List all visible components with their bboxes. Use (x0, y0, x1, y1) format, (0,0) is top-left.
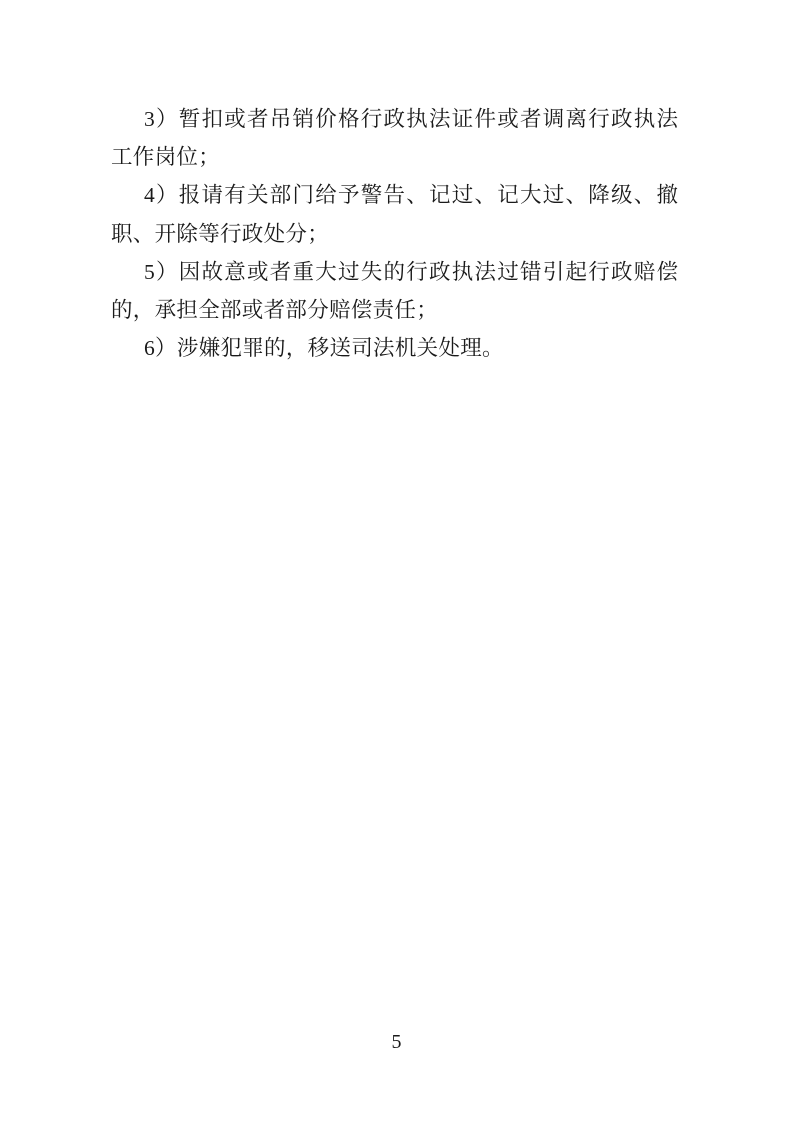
list-item-3-line-2: 工作岗位； (111, 138, 678, 176)
page-number: 5 (0, 1031, 793, 1053)
list-item-4-line-1: 4）报请有关部门给予警告、记过、记大过、降级、撤 (111, 176, 678, 214)
list-item-5-line-2: 的，承担全部或者部分赔偿责任； (111, 291, 678, 329)
document-body: 3）暂扣或者吊销价格行政执法证件或者调离行政执法 工作岗位； 4）报请有关部门给… (111, 100, 678, 367)
list-item-6-line-1: 6）涉嫌犯罪的，移送司法机关处理。 (111, 329, 678, 367)
document-page: 3）暂扣或者吊销价格行政执法证件或者调离行政执法 工作岗位； 4）报请有关部门给… (0, 0, 793, 1122)
list-item-5-line-1: 5）因故意或者重大过失的行政执法过错引起行政赔偿 (111, 253, 678, 291)
list-item-4-line-2: 职、开除等行政处分； (111, 215, 678, 253)
list-item-3-line-1: 3）暂扣或者吊销价格行政执法证件或者调离行政执法 (111, 100, 678, 138)
